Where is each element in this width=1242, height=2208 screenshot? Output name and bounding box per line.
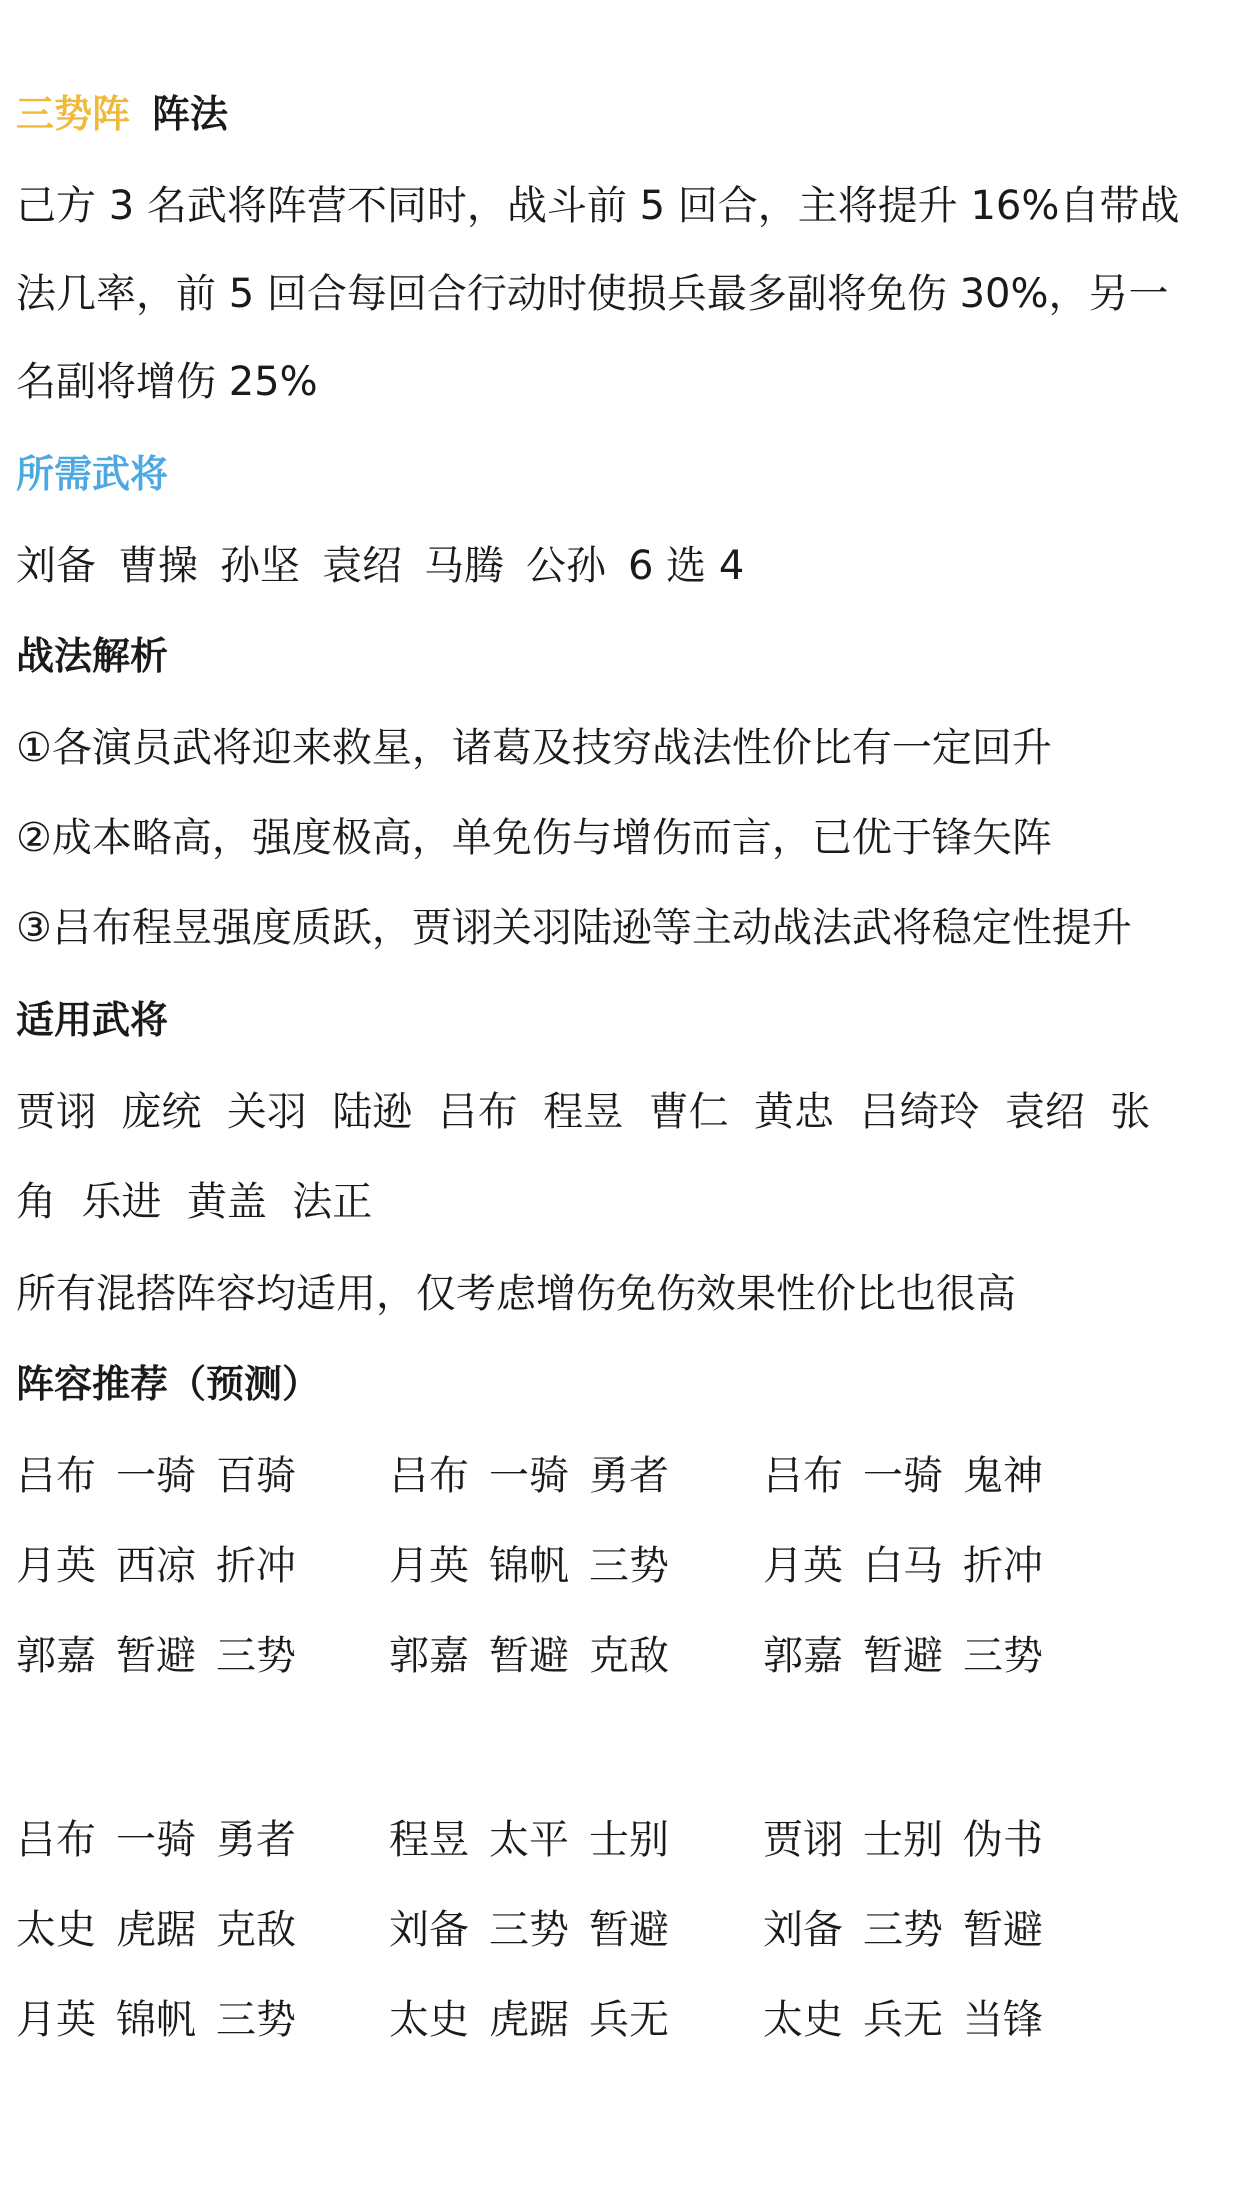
general: 月英 bbox=[763, 1543, 843, 1589]
lineup-entry: 吕布一骑百骑 bbox=[16, 1450, 296, 1502]
skill: 士别 bbox=[589, 1817, 669, 1863]
skill: 三势 bbox=[589, 1543, 669, 1589]
section-heading-lineups: 阵容推荐（预测） bbox=[16, 1358, 320, 1410]
skill: 折冲 bbox=[963, 1543, 1043, 1589]
skill: 暂避 bbox=[489, 1633, 569, 1679]
description-line: 法几率，前 5 回合每回合行动时使损兵最多副将免伤 30%，另一 bbox=[16, 268, 1169, 320]
general: 太史 bbox=[16, 1907, 96, 1953]
general: 吕布 bbox=[16, 1817, 96, 1863]
general-name: 孙坚 bbox=[220, 543, 300, 589]
skill: 一骑 bbox=[116, 1817, 196, 1863]
skill: 三势 bbox=[963, 1633, 1043, 1679]
analysis-point: ②成本略高，强度极高，单免伤与增伤而言，已优于锋矢阵 bbox=[16, 812, 1052, 864]
skill: 虎踞 bbox=[116, 1907, 196, 1953]
lineup-entry: 月英西凉折冲 bbox=[16, 1540, 296, 1592]
selection-note: 6 选 4 bbox=[628, 543, 744, 589]
skill: 西凉 bbox=[116, 1543, 196, 1589]
skill: 暂避 bbox=[863, 1633, 943, 1679]
lineup-entry: 月英锦帆三势 bbox=[389, 1540, 669, 1592]
skill: 克敌 bbox=[589, 1633, 669, 1679]
skill: 三势 bbox=[216, 1633, 296, 1679]
formation-name: 三势阵 bbox=[16, 92, 130, 136]
skill: 三势 bbox=[863, 1907, 943, 1953]
skill: 暂避 bbox=[963, 1907, 1043, 1953]
skill: 兵无 bbox=[863, 1997, 943, 2043]
skill: 锦帆 bbox=[489, 1543, 569, 1589]
section-heading-applicable-generals: 适用武将 bbox=[16, 994, 168, 1046]
lineup-entry: 吕布一骑鬼神 bbox=[763, 1450, 1043, 1502]
required-generals-list: 刘备曹操孙坚袁绍马腾公孙6 选 4 bbox=[16, 540, 744, 592]
general: 刘备 bbox=[389, 1907, 469, 1953]
analysis-point: ①各演员武将迎来救星，诸葛及技穷战法性价比有一定回升 bbox=[16, 722, 1052, 774]
skill: 太平 bbox=[489, 1817, 569, 1863]
lineup-entry: 贾诩士别伪书 bbox=[763, 1814, 1043, 1866]
skill: 折冲 bbox=[216, 1543, 296, 1589]
description-line: 己方 3 名武将阵营不同时，战斗前 5 回合，主将提升 16%自带战 bbox=[16, 180, 1179, 232]
general: 贾诩 bbox=[763, 1817, 843, 1863]
skill: 克敌 bbox=[216, 1907, 296, 1953]
general: 吕布 bbox=[16, 1453, 96, 1499]
applicable-generals-line: 贾诩 庞统 关羽 陆逊 吕布 程昱 曹仁 黄忠 吕绮玲 袁绍 张 bbox=[16, 1086, 1150, 1138]
lineup-entry: 郭嘉暂避克敌 bbox=[389, 1630, 669, 1682]
lineup-entry: 吕布一骑勇者 bbox=[16, 1814, 296, 1866]
general: 郭嘉 bbox=[389, 1633, 469, 1679]
skill: 百骑 bbox=[216, 1453, 296, 1499]
skill: 一骑 bbox=[116, 1453, 196, 1499]
section-heading-required-generals: 所需武将 bbox=[16, 448, 168, 500]
general-name: 公孙 bbox=[526, 543, 606, 589]
lineup-entry: 郭嘉暂避三势 bbox=[763, 1630, 1043, 1682]
general: 月英 bbox=[389, 1543, 469, 1589]
formation-label: 阵法 bbox=[152, 92, 228, 136]
general: 吕布 bbox=[763, 1453, 843, 1499]
applicable-note: 所有混搭阵容均适用，仅考虑增伤免伤效果性价比也很高 bbox=[16, 1268, 1016, 1320]
general: 月英 bbox=[16, 1543, 96, 1589]
lineup-entry: 刘备三势暂避 bbox=[389, 1904, 669, 1956]
skill: 锦帆 bbox=[116, 1997, 196, 2043]
skill: 白马 bbox=[863, 1543, 943, 1589]
applicable-generals-line: 角 乐进 黄盖 法正 bbox=[16, 1176, 372, 1228]
general: 吕布 bbox=[389, 1453, 469, 1499]
general: 郭嘉 bbox=[16, 1633, 96, 1679]
general: 月英 bbox=[16, 1997, 96, 2043]
general-name: 袁绍 bbox=[322, 543, 402, 589]
skill: 兵无 bbox=[589, 1997, 669, 2043]
skill: 三势 bbox=[489, 1907, 569, 1953]
analysis-point: ③吕布程昱强度质跃，贾诩关羽陆逊等主动战法武将稳定性提升 bbox=[16, 902, 1132, 954]
skill: 一骑 bbox=[489, 1453, 569, 1499]
skill: 一骑 bbox=[863, 1453, 943, 1499]
lineup-entry: 太史兵无当锋 bbox=[763, 1994, 1043, 2046]
skill: 伪书 bbox=[963, 1817, 1043, 1863]
lineup-entry: 程昱太平士别 bbox=[389, 1814, 669, 1866]
description-line: 名副将增伤 25% bbox=[16, 356, 318, 408]
lineup-entry: 郭嘉暂避三势 bbox=[16, 1630, 296, 1682]
lineup-entry: 吕布一骑勇者 bbox=[389, 1450, 669, 1502]
skill: 当锋 bbox=[963, 1997, 1043, 2043]
lineup-entry: 月英锦帆三势 bbox=[16, 1994, 296, 2046]
skill: 鬼神 bbox=[963, 1453, 1043, 1499]
general: 程昱 bbox=[389, 1817, 469, 1863]
general: 太史 bbox=[763, 1997, 843, 2043]
skill: 暂避 bbox=[116, 1633, 196, 1679]
general-name: 刘备 bbox=[16, 543, 96, 589]
general: 刘备 bbox=[763, 1907, 843, 1953]
skill: 三势 bbox=[216, 1997, 296, 2043]
general-name: 曹操 bbox=[118, 543, 198, 589]
skill: 士别 bbox=[863, 1817, 943, 1863]
general-name: 马腾 bbox=[424, 543, 504, 589]
page-title: 三势阵阵法 bbox=[16, 88, 228, 140]
skill: 暂避 bbox=[589, 1907, 669, 1953]
skill: 勇者 bbox=[589, 1453, 669, 1499]
lineup-entry: 月英白马折冲 bbox=[763, 1540, 1043, 1592]
lineup-entry: 太史虎踞克敌 bbox=[16, 1904, 296, 1956]
general: 太史 bbox=[389, 1997, 469, 2043]
skill: 虎踞 bbox=[489, 1997, 569, 2043]
section-heading-analysis: 战法解析 bbox=[16, 630, 168, 682]
lineup-entry: 刘备三势暂避 bbox=[763, 1904, 1043, 1956]
skill: 勇者 bbox=[216, 1817, 296, 1863]
lineup-entry: 太史虎踞兵无 bbox=[389, 1994, 669, 2046]
general: 郭嘉 bbox=[763, 1633, 843, 1679]
